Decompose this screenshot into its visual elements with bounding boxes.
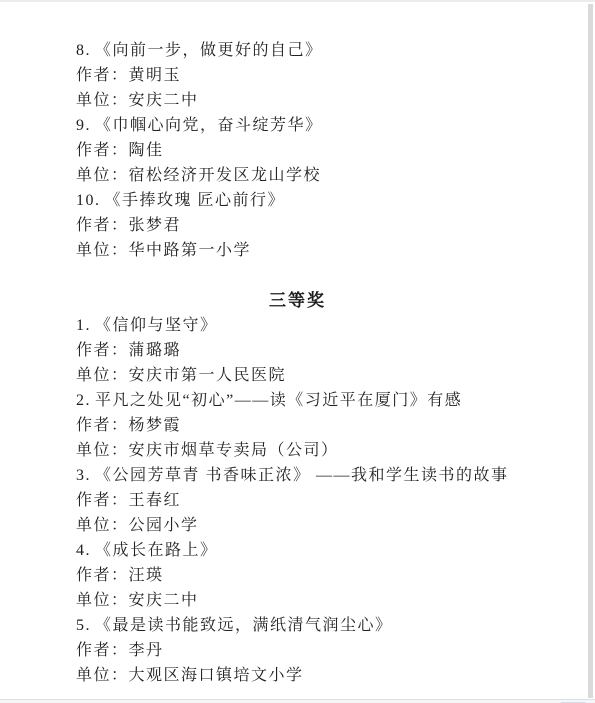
author-label: 作者： bbox=[76, 492, 129, 509]
award-entry: 5.《最是读书能致远，满纸清气润尘心》作者：李丹单位：大观区海口镇培文小学 bbox=[76, 613, 519, 688]
entry-title-line: 2.平凡之处见“初心”——读《习近平在厦门》有感 bbox=[76, 388, 519, 413]
entry-title: 《公园芳草青 书香味正浓》 ——我和学生读书的故事 bbox=[95, 467, 509, 484]
unit-label: 单位： bbox=[76, 367, 129, 384]
unit-name: 公园小学 bbox=[129, 517, 199, 534]
entries-group-above-heading: 8.《向前一步，做更好的自己》作者：黄明玉单位：安庆二中9.《巾帼心向党，奋斗绽… bbox=[76, 38, 519, 263]
entry-author-line: 作者：张梦君 bbox=[76, 213, 519, 238]
author-name: 杨梦霞 bbox=[129, 417, 182, 434]
author-label: 作者： bbox=[76, 342, 129, 359]
entry-author-line: 作者：王春红 bbox=[76, 488, 519, 513]
unit-name: 安庆市第一人民医院 bbox=[129, 367, 287, 384]
entry-unit-line: 单位：大观区海口镇培文小学 bbox=[76, 663, 519, 688]
entry-title-line: 9.《巾帼心向党，奋斗绽芳华》 bbox=[76, 113, 519, 138]
author-label: 作者： bbox=[76, 417, 129, 434]
entry-number: 10. bbox=[76, 192, 101, 209]
entry-number: 2. bbox=[76, 392, 91, 409]
unit-name: 宿松经济开发区龙山学校 bbox=[129, 167, 322, 184]
unit-name: 安庆市烟草专卖局（公司） bbox=[129, 442, 339, 459]
entry-title-line: 4.《成长在路上》 bbox=[76, 538, 519, 563]
author-label: 作者： bbox=[76, 642, 129, 659]
author-name: 王春红 bbox=[129, 492, 182, 509]
entry-title-line: 5.《最是读书能致远，满纸清气润尘心》 bbox=[76, 613, 519, 638]
entry-title: 《成长在路上》 bbox=[95, 542, 218, 559]
entry-number: 3. bbox=[76, 467, 91, 484]
unit-name: 安庆二中 bbox=[129, 592, 199, 609]
award-entry: 8.《向前一步，做更好的自己》作者：黄明玉单位：安庆二中 bbox=[76, 38, 519, 113]
unit-label: 单位： bbox=[76, 167, 129, 184]
award-entry: 10.《手捧玫瑰 匠心前行》作者：张梦君单位：华中路第一小学 bbox=[76, 188, 519, 263]
author-name: 蒲璐璐 bbox=[129, 342, 182, 359]
entry-title: 平凡之处见“初心”——读《习近平在厦门》有感 bbox=[95, 392, 462, 409]
entry-unit-line: 单位：安庆二中 bbox=[76, 588, 519, 613]
unit-name: 大观区海口镇培文小学 bbox=[129, 667, 304, 684]
unit-label: 单位： bbox=[76, 592, 129, 609]
entry-title: 《向前一步，做更好的自己》 bbox=[95, 42, 323, 59]
entry-author-line: 作者：汪瑛 bbox=[76, 563, 519, 588]
entry-number: 8. bbox=[76, 42, 91, 59]
entry-unit-line: 单位：安庆市烟草专卖局（公司） bbox=[76, 438, 519, 463]
entry-title-line: 8.《向前一步，做更好的自己》 bbox=[76, 38, 519, 63]
entry-unit-line: 单位：华中路第一小学 bbox=[76, 238, 519, 263]
award-entry: 3.《公园芳草青 书香味正浓》 ——我和学生读书的故事作者：王春红单位：公园小学 bbox=[76, 463, 519, 538]
entry-number: 5. bbox=[76, 617, 91, 634]
award-entry: 2.平凡之处见“初心”——读《习近平在厦门》有感作者：杨梦霞单位：安庆市烟草专卖… bbox=[76, 388, 519, 463]
author-name: 张梦君 bbox=[129, 217, 182, 234]
unit-name: 华中路第一小学 bbox=[129, 242, 252, 259]
entry-title-line: 1.《信仰与坚守》 bbox=[76, 313, 519, 338]
entry-author-line: 作者：蒲璐璐 bbox=[76, 338, 519, 363]
author-label: 作者： bbox=[76, 217, 129, 234]
unit-label: 单位： bbox=[76, 242, 129, 259]
entry-title: 《最是读书能致远，满纸清气润尘心》 bbox=[95, 617, 393, 634]
document-page: 8.《向前一步，做更好的自己》作者：黄明玉单位：安庆二中9.《巾帼心向党，奋斗绽… bbox=[0, 0, 595, 703]
author-name: 黄明玉 bbox=[129, 67, 182, 84]
author-label: 作者： bbox=[76, 67, 129, 84]
award-entry: 9.《巾帼心向党，奋斗绽芳华》作者：陶佳单位：宿松经济开发区龙山学校 bbox=[76, 113, 519, 188]
author-name: 汪瑛 bbox=[129, 567, 164, 584]
entry-author-line: 作者：陶佳 bbox=[76, 138, 519, 163]
entry-number: 9. bbox=[76, 117, 91, 134]
entry-number: 1. bbox=[76, 317, 91, 334]
entry-author-line: 作者：李丹 bbox=[76, 638, 519, 663]
entry-title-line: 10.《手捧玫瑰 匠心前行》 bbox=[76, 188, 519, 213]
award-list-content: 8.《向前一步，做更好的自己》作者：黄明玉单位：安庆二中9.《巾帼心向党，奋斗绽… bbox=[0, 2, 595, 688]
author-name: 李丹 bbox=[129, 642, 164, 659]
entry-title: 《巾帼心向党，奋斗绽芳华》 bbox=[95, 117, 323, 134]
award-entry: 1.《信仰与坚守》作者：蒲璐璐单位：安庆市第一人民医院 bbox=[76, 313, 519, 388]
unit-label: 单位： bbox=[76, 442, 129, 459]
vertical-scrollbar-track[interactable] bbox=[588, 4, 593, 698]
unit-label: 单位： bbox=[76, 92, 129, 109]
award-entry: 4.《成长在路上》作者：汪瑛单位：安庆二中 bbox=[76, 538, 519, 613]
entry-unit-line: 单位：公园小学 bbox=[76, 513, 519, 538]
unit-label: 单位： bbox=[76, 517, 129, 534]
entry-author-line: 作者：杨梦霞 bbox=[76, 413, 519, 438]
horizontal-scrollbar-track[interactable] bbox=[0, 699, 595, 703]
entry-unit-line: 单位：宿松经济开发区龙山学校 bbox=[76, 163, 519, 188]
entry-author-line: 作者：黄明玉 bbox=[76, 63, 519, 88]
entry-number: 4. bbox=[76, 542, 91, 559]
entry-unit-line: 单位：安庆市第一人民医院 bbox=[76, 363, 519, 388]
author-label: 作者： bbox=[76, 567, 129, 584]
unit-label: 单位： bbox=[76, 667, 129, 684]
entry-unit-line: 单位：安庆二中 bbox=[76, 88, 519, 113]
author-name: 陶佳 bbox=[129, 142, 164, 159]
entry-title: 《信仰与坚守》 bbox=[95, 317, 218, 334]
author-label: 作者： bbox=[76, 142, 129, 159]
entry-title-line: 3.《公园芳草青 书香味正浓》 ——我和学生读书的故事 bbox=[76, 463, 519, 488]
unit-name: 安庆二中 bbox=[129, 92, 199, 109]
entries-group-third-prize: 1.《信仰与坚守》作者：蒲璐璐单位：安庆市第一人民医院2.平凡之处见“初心”——… bbox=[76, 313, 519, 688]
entry-title: 《手捧玫瑰 匠心前行》 bbox=[105, 192, 286, 209]
section-heading-third-prize: 三等奖 bbox=[76, 288, 519, 313]
